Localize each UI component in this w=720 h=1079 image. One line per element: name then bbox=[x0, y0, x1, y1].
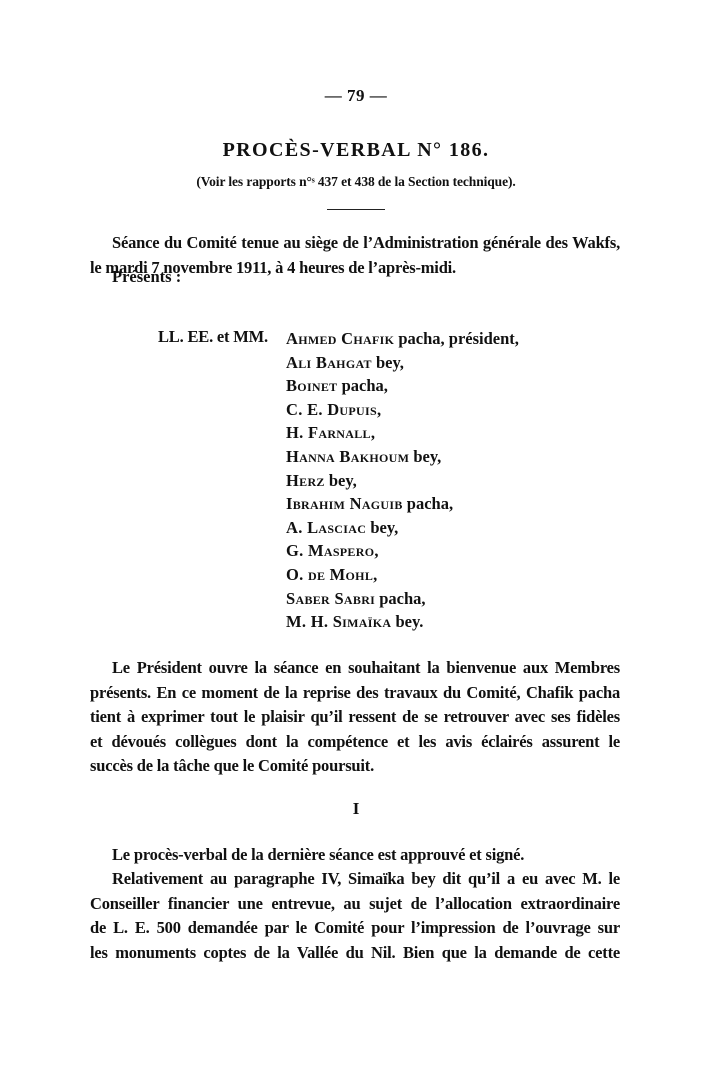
member-name: H. Farnall bbox=[286, 423, 371, 442]
member-entry: O. de Mohl, bbox=[286, 563, 519, 587]
member-entry: Herz bey, bbox=[286, 469, 519, 493]
members-list: Ahmed Chafik pacha, président, Ali Bahga… bbox=[286, 327, 519, 634]
welcome-paragraph: Le Président ouvre la séance en souhaita… bbox=[90, 656, 620, 779]
member-name: Saber Sabri bbox=[286, 589, 375, 608]
document-page: — 79 — PROCÈS-VERBAL N° 186. (Voir les r… bbox=[0, 0, 720, 1079]
member-title: , bbox=[377, 400, 381, 419]
title-divider bbox=[327, 209, 385, 210]
member-name: O. de Mohl bbox=[286, 565, 373, 584]
member-entry: Ahmed Chafik pacha, président, bbox=[286, 327, 519, 351]
member-entry: Ibrahim Naguib pacha, bbox=[286, 492, 519, 516]
text-line: Le procès-verbal de la dernière séance e… bbox=[90, 843, 620, 868]
member-entry: Boinet pacha, bbox=[286, 374, 519, 398]
member-name: Hanna Bakhoum bbox=[286, 447, 409, 466]
member-title: pacha, bbox=[403, 494, 453, 513]
member-title: bey, bbox=[325, 471, 357, 490]
text-line: et dévoués collègues dont la compétence … bbox=[90, 730, 620, 755]
member-title: , bbox=[374, 541, 378, 560]
section-heading-I: I bbox=[0, 799, 712, 819]
member-name: Ibrahim Naguib bbox=[286, 494, 403, 513]
member-title: bey, bbox=[372, 353, 404, 372]
member-name: M. H. Simaïka bbox=[286, 612, 391, 631]
attendance-label: Présents : bbox=[112, 267, 181, 287]
member-entry: Saber Sabri pacha, bbox=[286, 587, 519, 611]
page-title: PROCÈS-VERBAL N° 186. bbox=[0, 139, 712, 162]
page-number: — 79 — bbox=[0, 86, 712, 106]
member-title: , bbox=[371, 423, 375, 442]
text-line: de L. E. 500 demandée par le Comité pour… bbox=[90, 916, 620, 941]
text-line: succès de la tâche que le Comité poursui… bbox=[90, 754, 620, 779]
text-line: Relativement au paragraphe IV, Simaïka b… bbox=[90, 867, 620, 892]
member-name: A. Lasciac bbox=[286, 518, 366, 537]
member-name: Ahmed Chafik bbox=[286, 329, 394, 348]
member-title: pacha, président, bbox=[394, 329, 519, 348]
member-name: C. E. Dupuis bbox=[286, 400, 377, 419]
text-line: présents. En ce moment de la reprise des… bbox=[90, 681, 620, 706]
attendance-lead: LL. EE. et MM. bbox=[158, 327, 268, 347]
member-entry: A. Lasciac bey, bbox=[286, 516, 519, 540]
member-title: bey, bbox=[366, 518, 398, 537]
member-entry: Ali Bahgat bey, bbox=[286, 351, 519, 375]
member-name: Ali Bahgat bbox=[286, 353, 372, 372]
member-entry: G. Maspero, bbox=[286, 539, 519, 563]
text-line: les monuments coptes de la Vallée du Nil… bbox=[90, 941, 620, 966]
approval-paragraph: Le procès-verbal de la dernière séance e… bbox=[90, 843, 620, 868]
member-entry: M. H. Simaïka bey. bbox=[286, 610, 519, 634]
member-entry: H. Farnall, bbox=[286, 421, 519, 445]
text-line: Conseiller financier une entrevue, au su… bbox=[90, 892, 620, 917]
member-entry: C. E. Dupuis, bbox=[286, 398, 519, 422]
text-line: Le Président ouvre la séance en souhaita… bbox=[90, 656, 620, 681]
member-name: G. Maspero bbox=[286, 541, 374, 560]
member-title: pacha, bbox=[337, 376, 387, 395]
member-name: Herz bbox=[286, 471, 325, 490]
text-line: tient à exprimer tout le plaisir qu’il r… bbox=[90, 705, 620, 730]
allocation-paragraph: Relativement au paragraphe IV, Simaïka b… bbox=[90, 867, 620, 965]
member-title: bey. bbox=[391, 612, 423, 631]
member-title: , bbox=[373, 565, 377, 584]
member-title: pacha, bbox=[375, 589, 425, 608]
page-subtitle: (Voir les rapports n°ˢ 437 et 438 de la … bbox=[0, 174, 712, 190]
member-name: Boinet bbox=[286, 376, 337, 395]
member-entry: Hanna Bakhoum bey, bbox=[286, 445, 519, 469]
member-title: bey, bbox=[409, 447, 441, 466]
text-line: Séance du Comité tenue au siège de l’Adm… bbox=[90, 231, 620, 256]
